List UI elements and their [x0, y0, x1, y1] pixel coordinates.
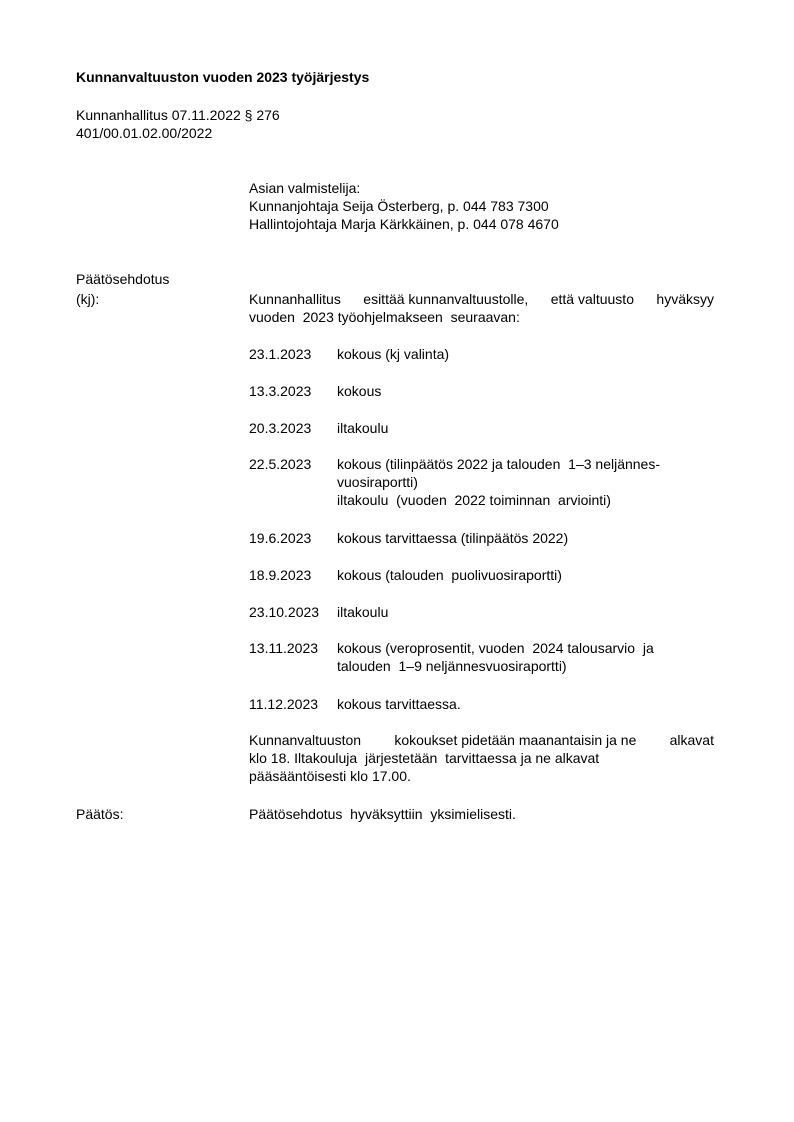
agenda-date: 22.5.2023 [249, 455, 311, 473]
agenda-description: kokous (kj valinta) [337, 345, 717, 363]
agenda-date: 13.11.2023 [249, 639, 318, 657]
agenda-date: 23.10.2023 [249, 603, 319, 621]
document-title: Kunnanvaltuuston vuoden 2023 työjärjesty… [76, 68, 369, 86]
agenda-description-line: kokous (kj valinta) [337, 345, 717, 363]
preparers-heading: Asian valmistelija: [249, 179, 719, 197]
closing-note-line2: klo 18. Iltakouluja järjestetään tarvitt… [249, 749, 719, 767]
agenda-description: kokous [337, 382, 717, 400]
agenda-date: 23.1.2023 [249, 345, 311, 363]
agenda-description: kokous (veroprosentit, vuoden 2024 talou… [337, 639, 717, 675]
agenda-description-line: iltakoulu (vuoden 2022 toiminnan arvioin… [337, 491, 717, 509]
proposal-word: hyväksyy [656, 290, 714, 308]
closing-note: Kunnanvaltuuston kokoukset pidetään maan… [249, 731, 719, 785]
agenda-description-line: kokous tarvittaessa (tilinpäätös 2022) [337, 529, 717, 547]
agenda-description-line: kokous (tilinpäätös 2022 ja talouden 1–3… [337, 455, 717, 473]
preparer-line: Kunnanjohtaja Seija Österberg, p. 044 78… [249, 197, 719, 215]
agenda-description-line: kokous (talouden puolivuosiraportti) [337, 566, 717, 584]
proposal-label: Päätösehdotus [76, 270, 169, 288]
agenda-description-line: kokous [337, 382, 717, 400]
agenda-description: iltakoulu [337, 603, 717, 621]
agenda-description: iltakoulu [337, 419, 717, 437]
agenda-description-line: talouden 1–9 neljännesvuosiraportti) [337, 657, 717, 675]
closing-note-line1: Kunnanvaltuuston kokoukset pidetään maan… [249, 731, 714, 749]
closing-word: Kunnanvaltuuston [249, 731, 361, 749]
proposal-intro-line1: Kunnanhallitus esittää kunnanvaltuustoll… [249, 290, 714, 308]
agenda-description-line: vuosiraportti) [337, 473, 717, 491]
meeting-reference: Kunnanhallitus 07.11.2022 § 276 [76, 106, 280, 124]
closing-word: kokoukset pidetään maanantaisin ja ne [394, 731, 636, 749]
agenda-date: 18.9.2023 [249, 566, 311, 584]
agenda-date: 19.6.2023 [249, 529, 311, 547]
agenda-date: 13.3.2023 [249, 382, 311, 400]
proposal-word: esittää kunnanvaltuustolle, [363, 290, 528, 308]
agenda-description-line: kokous tarvittaessa. [337, 695, 717, 713]
record-number: 401/00.01.02.00/2022 [76, 124, 212, 142]
preparers-block: Asian valmistelija: Kunnanjohtaja Seija … [249, 179, 719, 233]
proposal-label-kj: (kj): [76, 290, 99, 308]
agenda-description-line: iltakoulu [337, 419, 717, 437]
proposal-word: Kunnanhallitus [249, 290, 341, 308]
agenda-description: kokous (talouden puolivuosiraportti) [337, 566, 717, 584]
agenda-description: kokous (tilinpäätös 2022 ja talouden 1–3… [337, 455, 717, 509]
closing-note-line3: pääsääntöisesti klo 17.00. [249, 767, 719, 785]
proposal-word: että valtuusto [551, 290, 634, 308]
proposal-intro: Kunnanhallitus esittää kunnanvaltuustoll… [249, 290, 719, 326]
agenda-description: kokous tarvittaessa. [337, 695, 717, 713]
agenda-description: kokous tarvittaessa (tilinpäätös 2022) [337, 529, 717, 547]
preparer-line: Hallintojohtaja Marja Kärkkäinen, p. 044… [249, 215, 719, 233]
agenda-date: 11.12.2023 [249, 695, 318, 713]
agenda-date: 20.3.2023 [249, 419, 311, 437]
agenda-description-line: iltakoulu [337, 603, 717, 621]
agenda-description-line: kokous (veroprosentit, vuoden 2024 talou… [337, 639, 717, 657]
decision-label: Päätös: [76, 805, 123, 823]
proposal-intro-line2: vuoden 2023 työohjelmakseen seuraavan: [249, 308, 719, 326]
closing-word: alkavat [670, 731, 714, 749]
decision-text: Päätösehdotus hyväksyttiin yksimielisest… [249, 805, 516, 823]
